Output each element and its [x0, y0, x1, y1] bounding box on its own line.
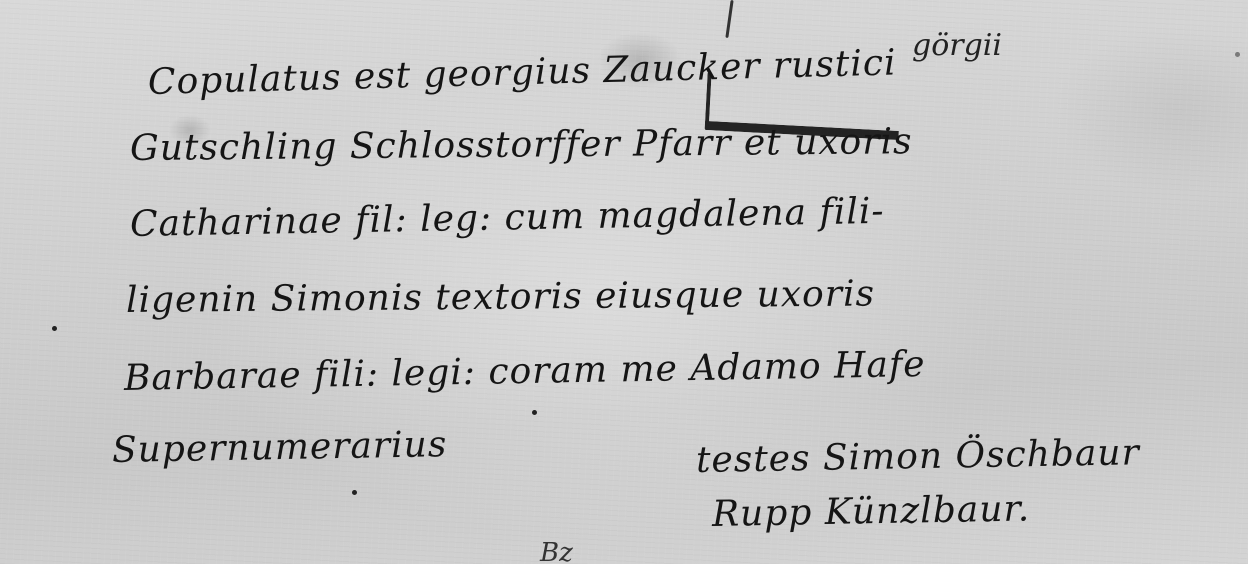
ink-dot	[352, 490, 357, 495]
manuscript-line-6: Supernumerarius	[112, 424, 448, 471]
manuscript-page: görgii Copulatus est georgius Zaucker ru…	[0, 0, 1248, 564]
ink-dot	[52, 326, 57, 331]
manuscript-line-3: Catharinae fil: leg: cum magdalena fili-	[130, 191, 885, 245]
manuscript-line-2: Gutschling Schlosstorffer Pfarr et uxori…	[130, 121, 913, 169]
manuscript-line-7-witnesses: testes Simon Öschbaur	[696, 432, 1140, 481]
ink-dot	[1235, 52, 1240, 57]
bottom-line-fragment: Bz	[540, 538, 573, 564]
ink-dot	[532, 410, 537, 415]
interlinear-note: görgii	[912, 28, 1002, 63]
manuscript-line-8-witnesses: Rupp Künzlbaur.	[712, 488, 1031, 535]
manuscript-line-5: Barbarae fili: legi: coram me Adamo Hafe	[124, 344, 926, 399]
manuscript-line-4: ligenin Simonis textoris eiusque uxoris	[126, 273, 875, 321]
top-ink-stroke	[725, 0, 733, 38]
